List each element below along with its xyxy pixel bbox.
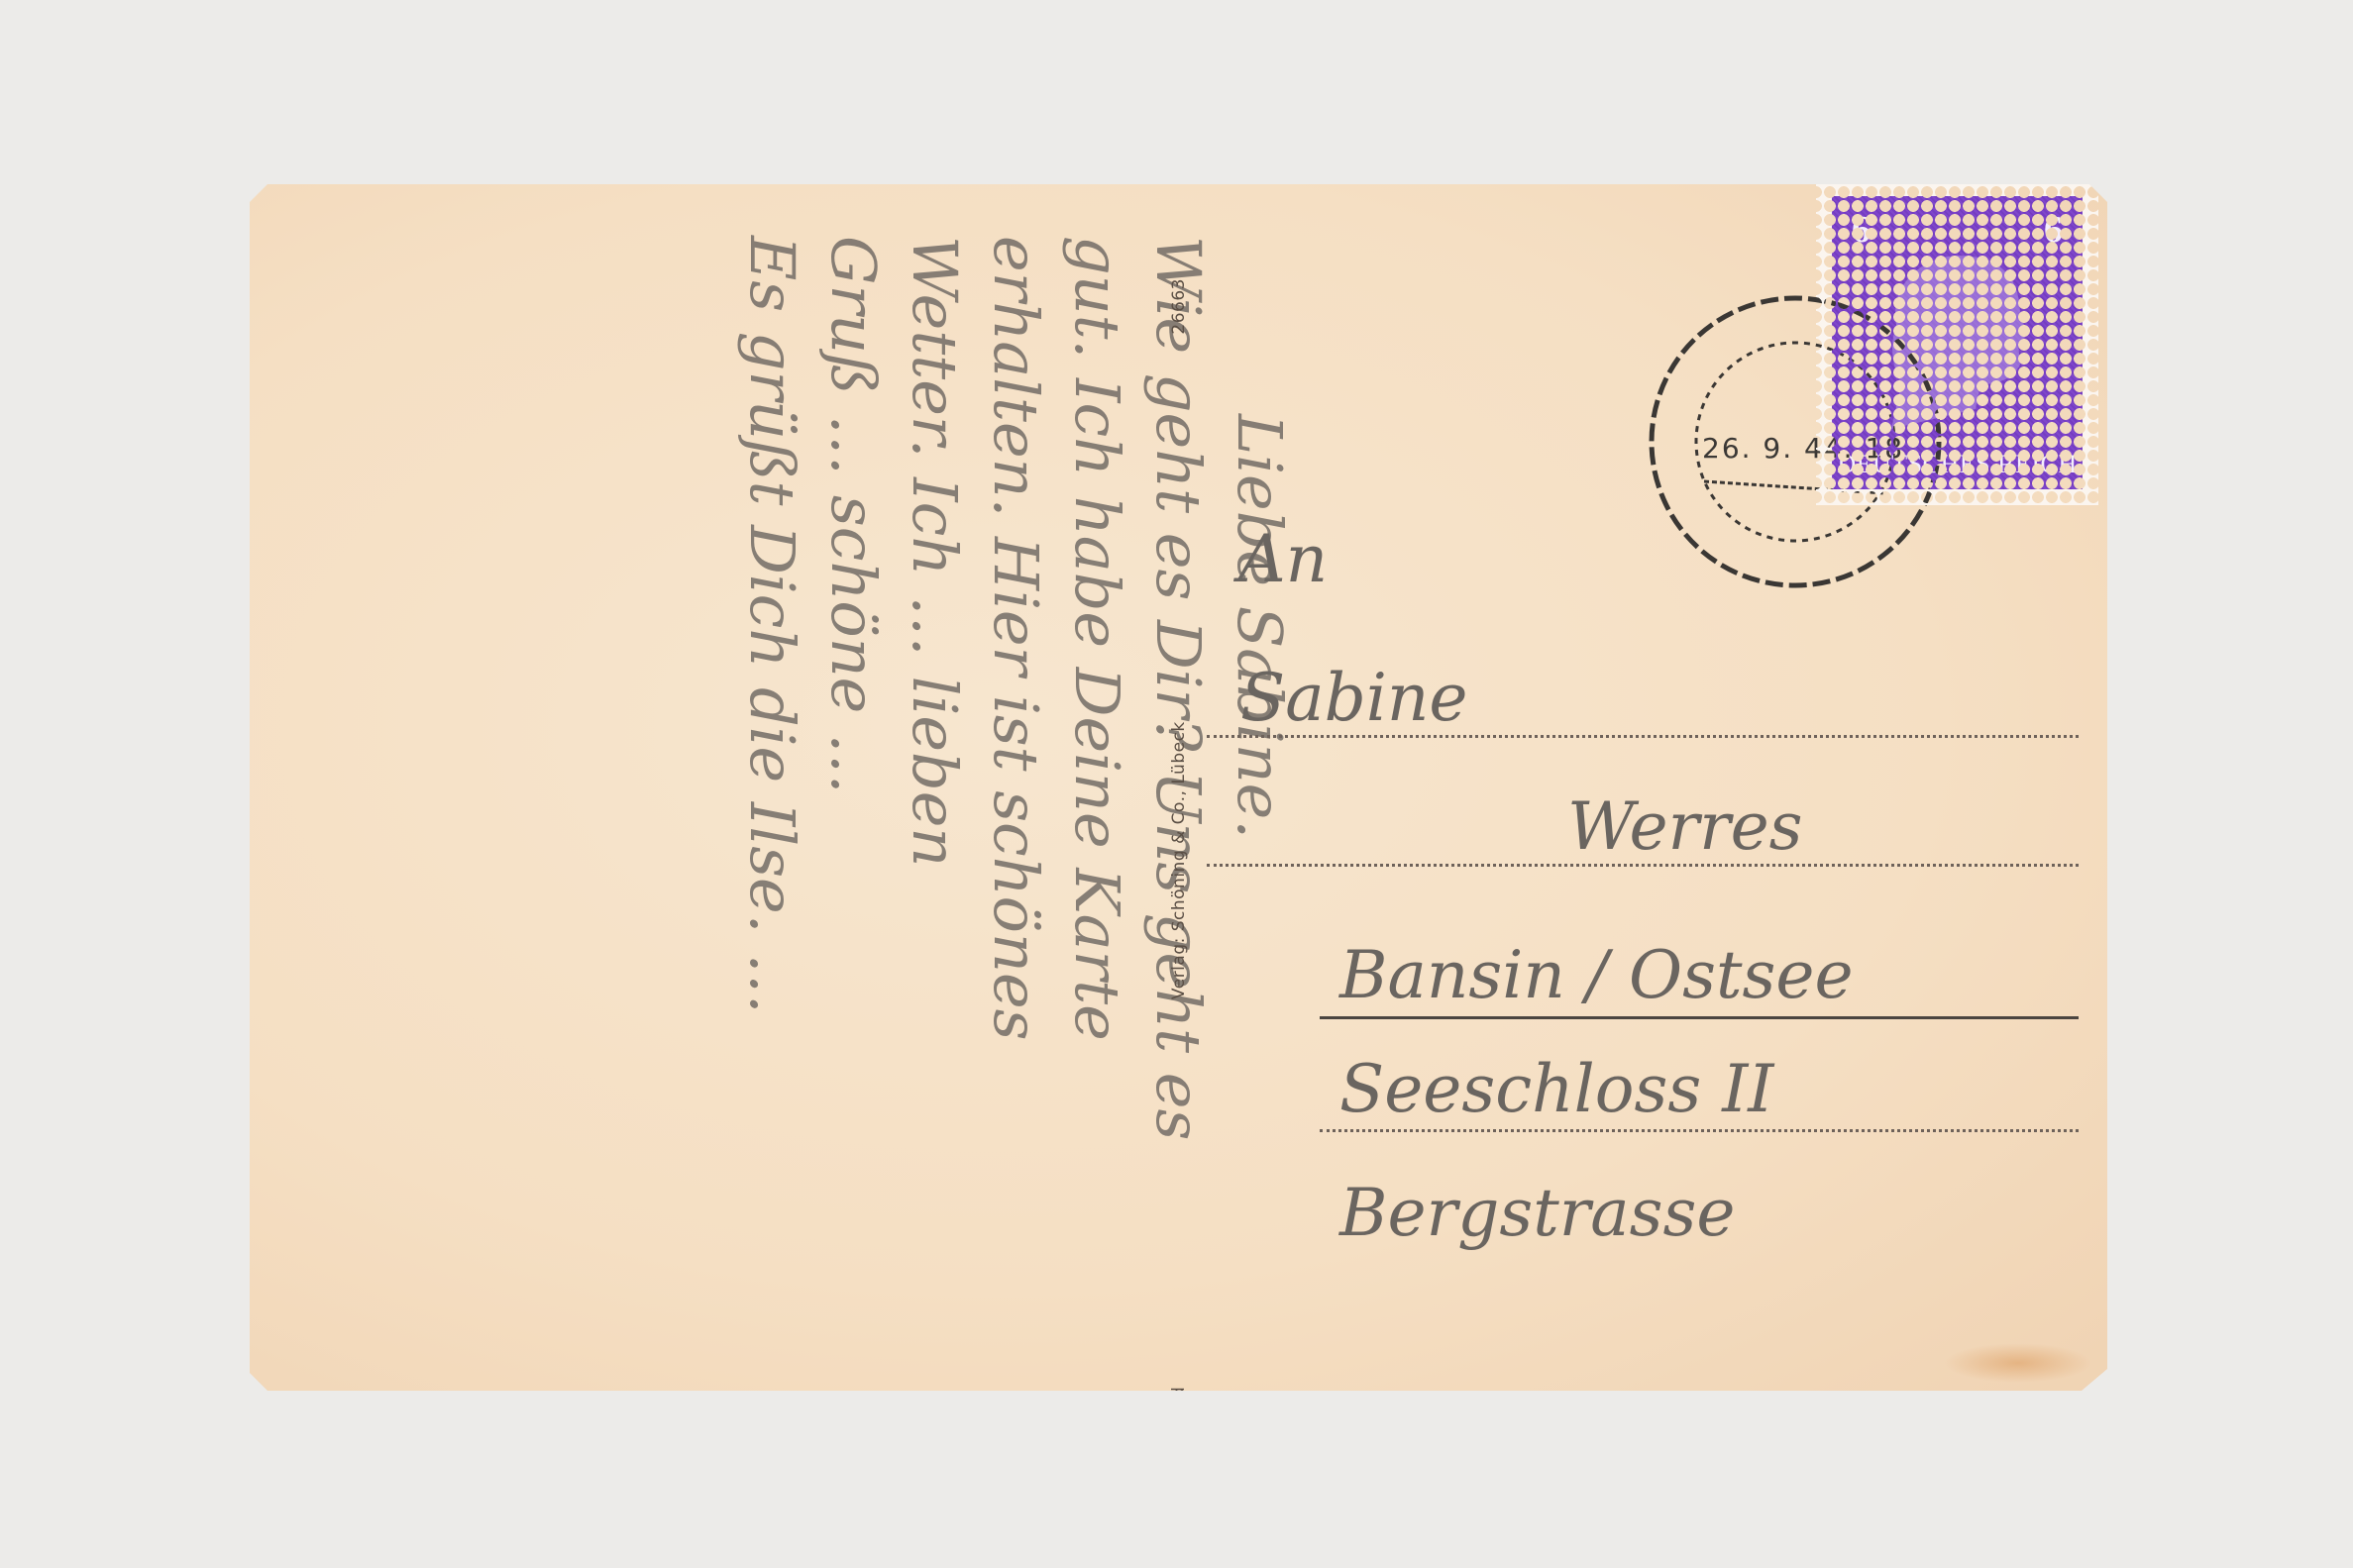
message-line: Liebe Sabine. [1219,236,1300,1355]
address-rule-underline [1320,1016,2079,1019]
stamp-portrait-icon [1872,236,2045,429]
publisher-imprint: d Verlag: Schöning & Co., Lübeck 26663 [1169,278,1189,1398]
address-rule [1320,1129,2079,1132]
message-line: Es grüßt Dich die Ilse. … [731,236,812,1355]
address-line-name: Sabine [1240,660,1468,736]
message-line: Wetter. Ich … lieben [894,236,975,1355]
address-line-building: Seeschloss II [1339,1051,1773,1127]
imprint-letter: d [1169,1387,1189,1398]
message-line: Gruß … schöne … [812,236,894,1355]
address-rule [1207,864,2079,867]
stamp-country: DEUTSCHES REICH [1832,450,2083,479]
address-rule [1207,735,2079,738]
handwritten-message: Liebe Sabine. Wie geht es Dir? Uns geht … [731,236,1300,1355]
postcard: Liebe Sabine. Wie geht es Dir? Uns geht … [250,184,2107,1391]
imprint-number: 26663 [1169,278,1189,335]
imprint-publisher: Verlag: Schöning & Co., Lübeck [1169,335,1189,1387]
water-stain [1944,1343,2092,1383]
address-line-surname: Werres [1567,788,1803,865]
address-salutation: An [1238,521,1328,597]
address-line-street: Bergstrasse [1339,1175,1735,1251]
stamp-value: 6 [2044,208,2063,252]
stamp-value: 6 [1852,208,1871,252]
address-line-city: Bansin / Ostsee [1339,937,1854,1013]
message-line: erhalten. Hier ist schönes [975,236,1056,1355]
postage-stamp: 6 6 DEUTSCHES REICH [1816,178,2098,505]
message-line: gut. Ich habe Deine Karte [1056,236,1137,1355]
